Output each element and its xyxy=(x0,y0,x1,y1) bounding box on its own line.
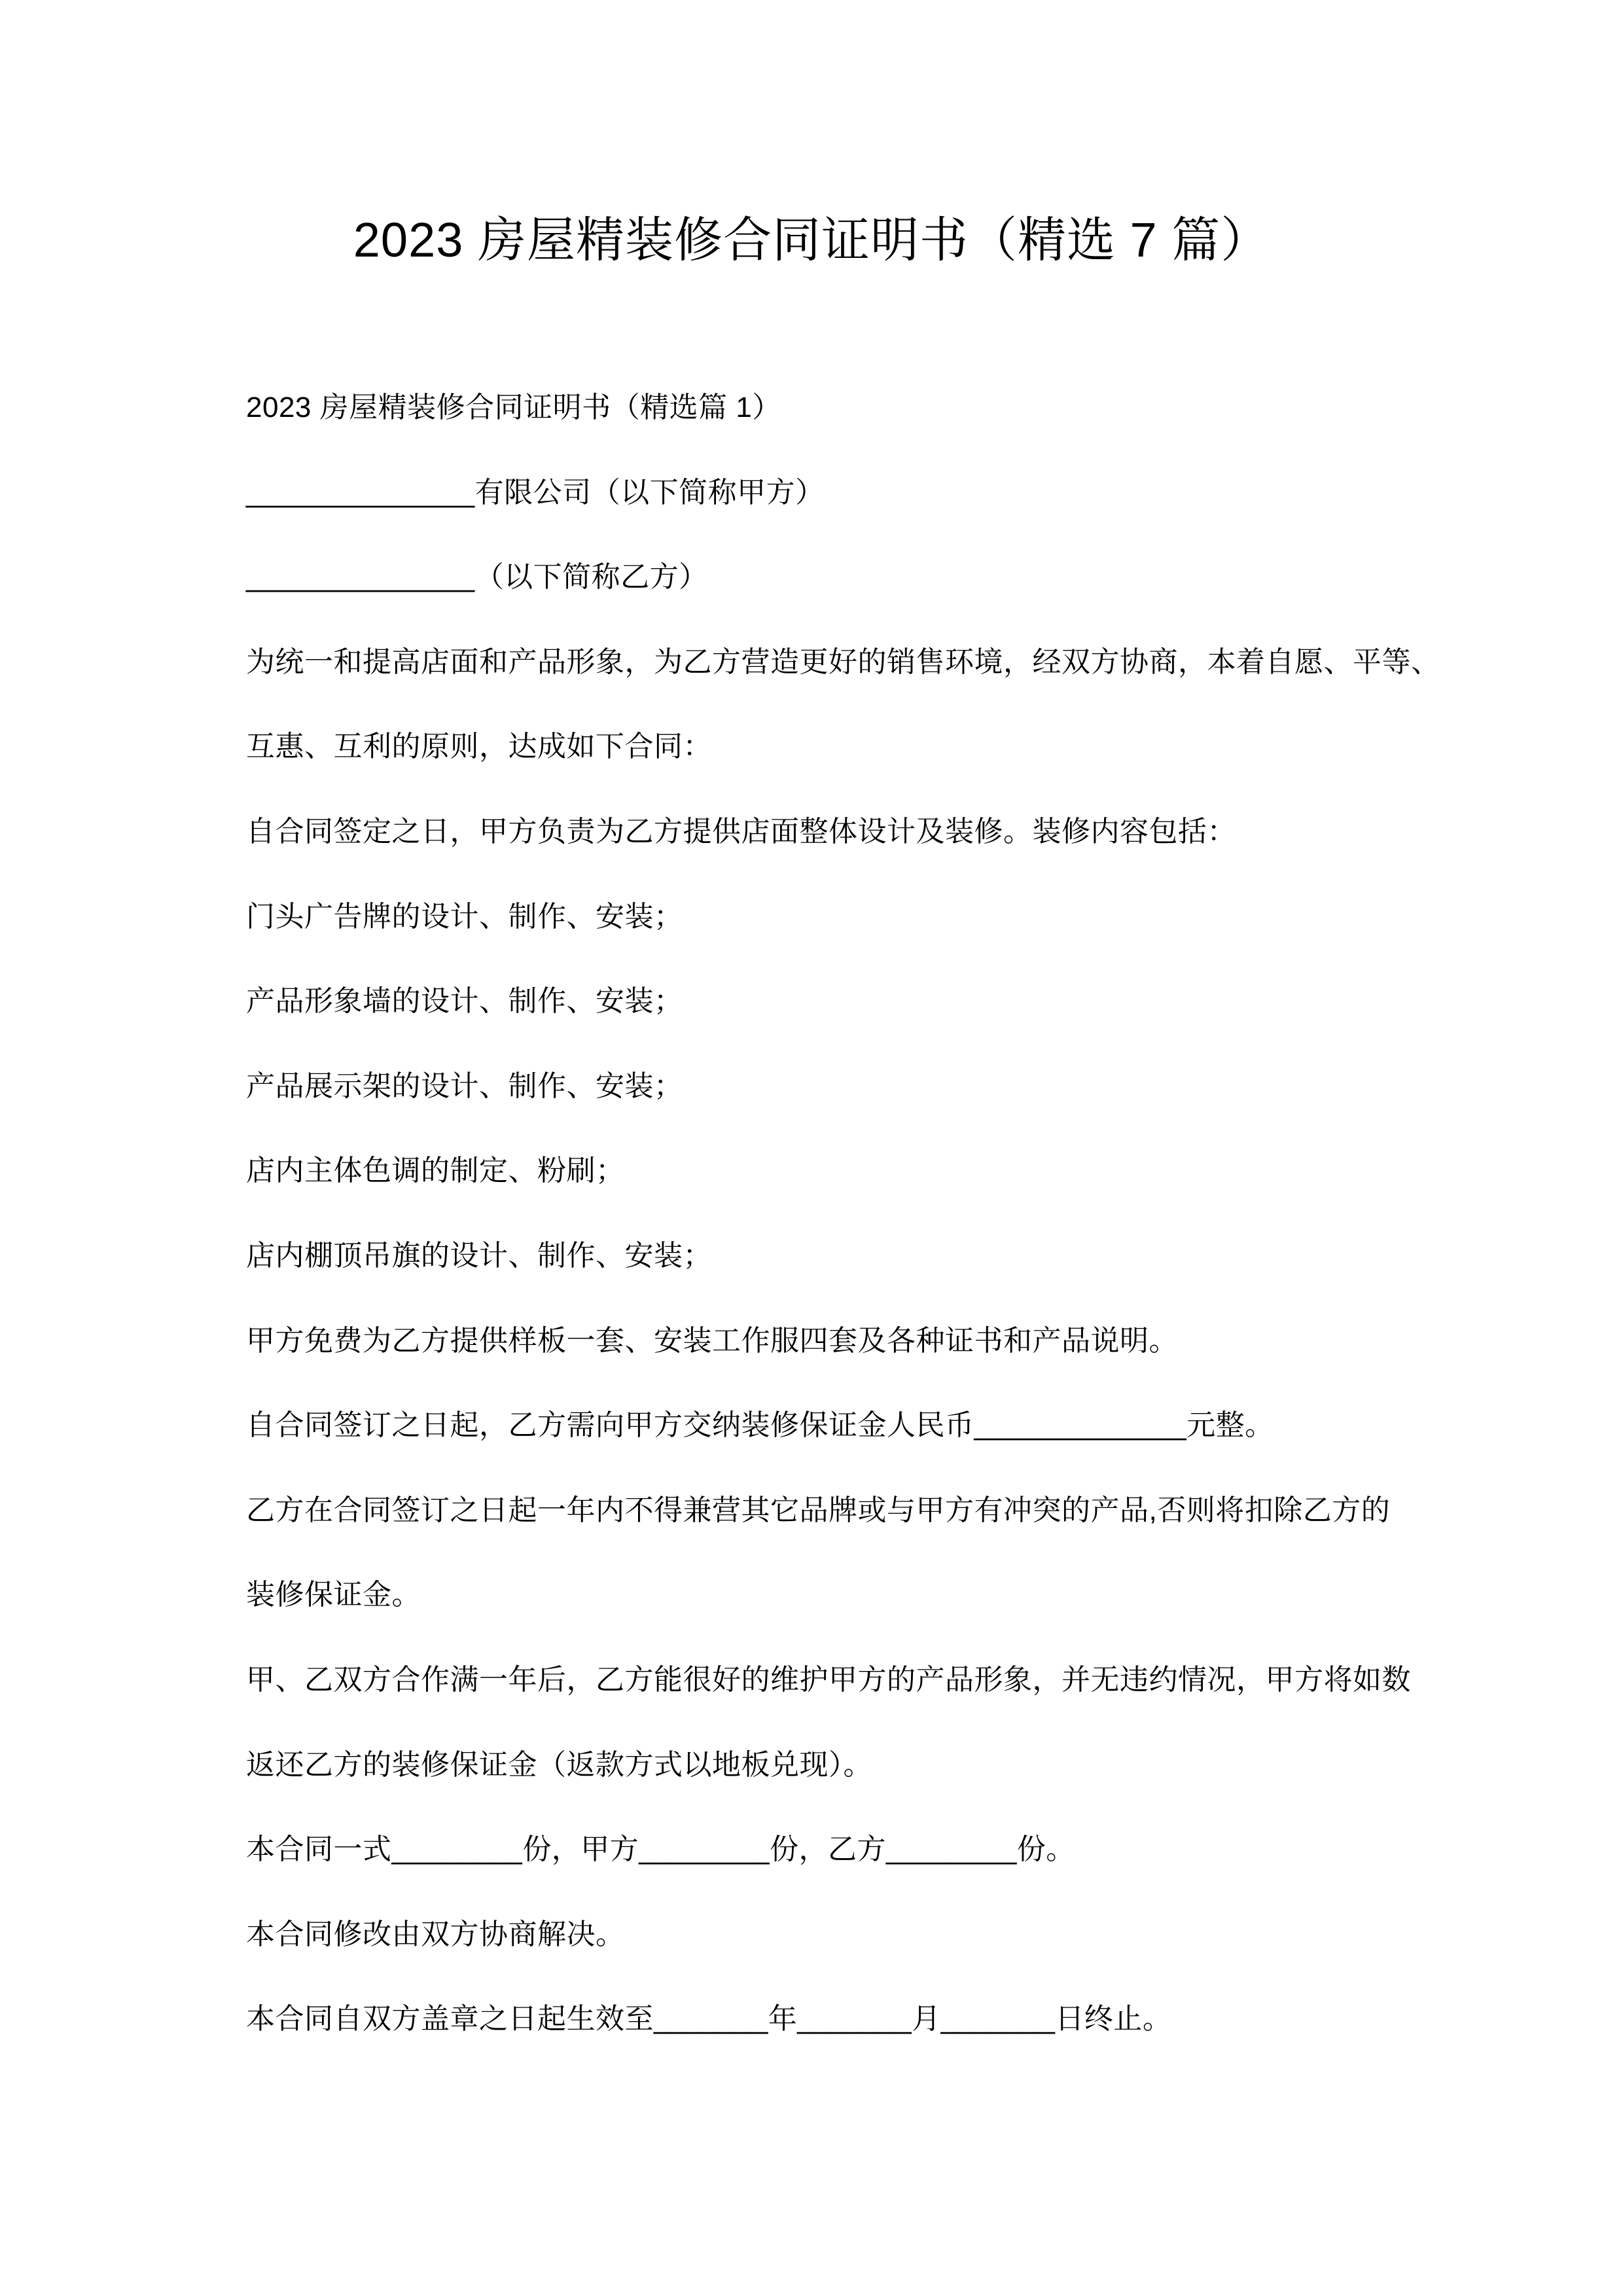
paragraph-deposit-amount: 自合同签订之日起，乙方需向甲方交纳装修保证金人民币_____________元整… xyxy=(246,1409,1418,1442)
paragraph-preamble-line-1: 为统一和提高店面和产品形象，为乙方营造更好的销售环境，经双方协商，本着自愿、平等… xyxy=(246,646,1418,679)
paragraph-refund-line-1: 甲、乙双方合作满一年后，乙方能很好的维护甲方的产品形象，并无违约情况，甲方将如数 xyxy=(246,1664,1418,1696)
paragraph-preamble-line-2: 互惠、互利的原则，达成如下合同： xyxy=(246,730,1418,763)
paragraph-free-samples: 甲方免费为乙方提供样板一套、安装工作服四套及各种证书和产品说明。 xyxy=(246,1325,1418,1357)
document-page: 2023 房屋精装修合同证明书（精选 7 篇） 2023 房屋精装修合同证明书（… xyxy=(0,0,1623,2296)
paragraph-exclusivity-line-2: 装修保证金。 xyxy=(246,1579,1418,1611)
paragraph-item-color-scheme: 店内主体色调的制定、粉刷； xyxy=(246,1155,1418,1187)
paragraph-item-signboard: 门头广告牌的设计、制作、安装； xyxy=(246,901,1418,933)
paragraph-item-image-wall: 产品形象墙的设计、制作、安装； xyxy=(246,985,1418,1018)
paragraph-exclusivity-line-1: 乙方在合同签订之日起一年内不得兼营其它品牌或与甲方有冲突的产品,否则将扣除乙方的 xyxy=(246,1494,1418,1527)
paragraph-party-b-blank: ______________（以下简称乙方） xyxy=(246,561,1418,594)
paragraph-item-ceiling-flags: 店内棚顶吊旗的设计、制作、安装； xyxy=(246,1240,1418,1272)
paragraph-copies: 本合同一式________份，甲方________份，乙方________份。 xyxy=(246,1833,1418,1866)
document-title: 2023 房屋精装修合同证明书（精选 7 篇） xyxy=(0,213,1623,266)
paragraph-party-a-blank: ______________有限公司（以下简称甲方） xyxy=(246,476,1418,509)
paragraph-refund-line-2: 返还乙方的装修保证金（返款方式以地板兑现）。 xyxy=(246,1749,1418,1782)
paragraph-scope-intro: 自合同签定之日，甲方负责为乙方提供店面整体设计及装修。装修内容包括： xyxy=(246,816,1418,848)
paragraph-amendments: 本合同修改由双方协商解决。 xyxy=(246,1918,1418,1951)
paragraph-section-heading: 2023 房屋精装修合同证明书（精选篇 1） xyxy=(246,391,1418,424)
paragraph-validity-dates: 本合同自双方盖章之日起生效至_______年_______月_______日终止… xyxy=(246,2003,1418,2036)
paragraph-item-display-rack: 产品展示架的设计、制作、安装； xyxy=(246,1070,1418,1103)
